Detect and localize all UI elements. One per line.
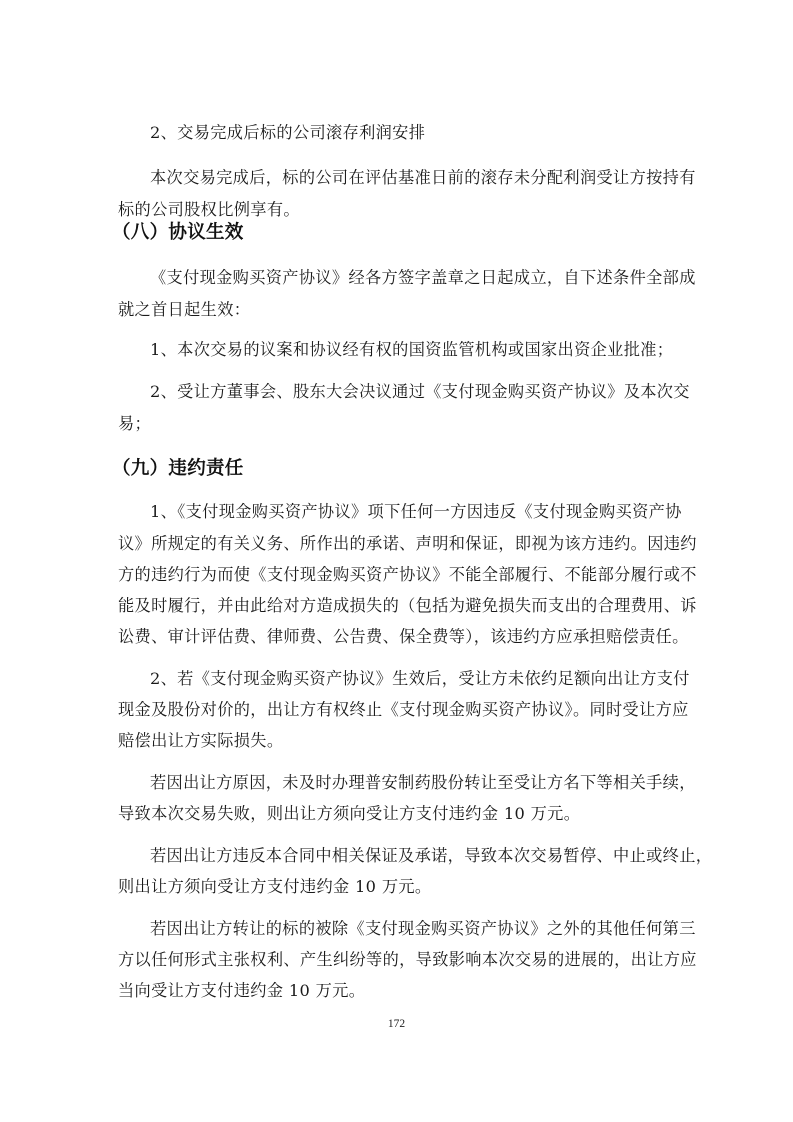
penalty-paragraph-1-line-1: 若因出让方原因，未及时办理普安制药股份转让至受让方名下等相关手续， [150,773,678,793]
breach-item-2-line-2: 现金及股份对价的，出让方有权终止《支付现金购买资产协议》。同时受让方应 [118,700,678,720]
breach-item-1-line-5: 讼费、审计评估费、律师费、公告费、保全费等），该违约方应承担赔偿责任。 [118,627,678,647]
section-heading-liability-for-breach: （九）违约责任 [112,457,244,481]
paragraph-profit-line-2: 标的公司股权比例享有。 [118,200,678,220]
breach-item-1-line-4: 能及时履行，并由此给对方造成损失的（包括为避免损失而支出的合理费用、诉 [118,596,678,616]
breach-item-2-line-3: 赔偿出让方实际损失。 [118,731,678,751]
penalty-paragraph-3-line-2: 方以任何形式主张权利、产生纠纷等的，导致影响本次交易的进展的，出让方应 [118,950,678,970]
condition-item-2-line-2: 易； [118,414,678,434]
breach-item-1-line-1: 1、《支付现金购买资产协议》项下任何一方因违反《支付现金购买资产协 [150,502,678,522]
penalty-paragraph-3-line-3: 当向受让方支付违约金 10 万元。 [118,981,678,1001]
paragraph-effectiveness-line-1: 《支付现金购买资产协议》经各方签字盖章之日起成立，自下述条件全部成 [150,268,678,288]
penalty-paragraph-2-line-1: 若因出让方违反本合同中相关保证及承诺，导致本次交易暂停、中止或终止， [150,846,678,866]
penalty-paragraph-2-line-2: 则出让方须向受让方支付违约金 10 万元。 [118,877,678,897]
condition-item-2-line-1: 2、受让方董事会、股东大会决议通过《支付现金购买资产协议》及本次交 [150,382,678,402]
breach-item-1-line-3: 方的违约行为而使《支付现金购买资产协议》不能全部履行、不能部分履行或不 [118,565,678,585]
document-page: 2、交易完成后标的公司滚存利润安排 本次交易完成后，标的公司在评估基准日前的滚存… [0,0,793,1122]
subsection-title-profit-arrangement: 2、交易完成后标的公司滚存利润安排 [150,123,678,143]
condition-item-1: 1、本次交易的议案和协议经有权的国资监管机构或国家出资企业批准； [150,340,678,360]
page-number: 172 [0,1018,793,1030]
penalty-paragraph-1-line-2: 导致本次交易失败，则出让方须向受让方支付违约金 10 万元。 [118,804,678,824]
paragraph-profit-line-1: 本次交易完成后，标的公司在评估基准日前的滚存未分配利润受让方按持有 [150,168,678,188]
penalty-paragraph-3-line-1: 若因出让方转让的标的被除《支付现金购买资产协议》之外的其他任何第三 [150,919,678,939]
breach-item-1-line-2: 议》所规定的有关义务、所作出的承诺、声明和保证，即视为该方违约。因违约 [118,534,678,554]
breach-item-2-line-1: 2、若《支付现金购买资产协议》生效后，受让方未依约足额向出让方支付 [150,669,678,689]
paragraph-effectiveness-line-2: 就之首日起生效： [118,300,678,320]
section-heading-agreement-effectiveness: （八）协议生效 [112,221,244,245]
